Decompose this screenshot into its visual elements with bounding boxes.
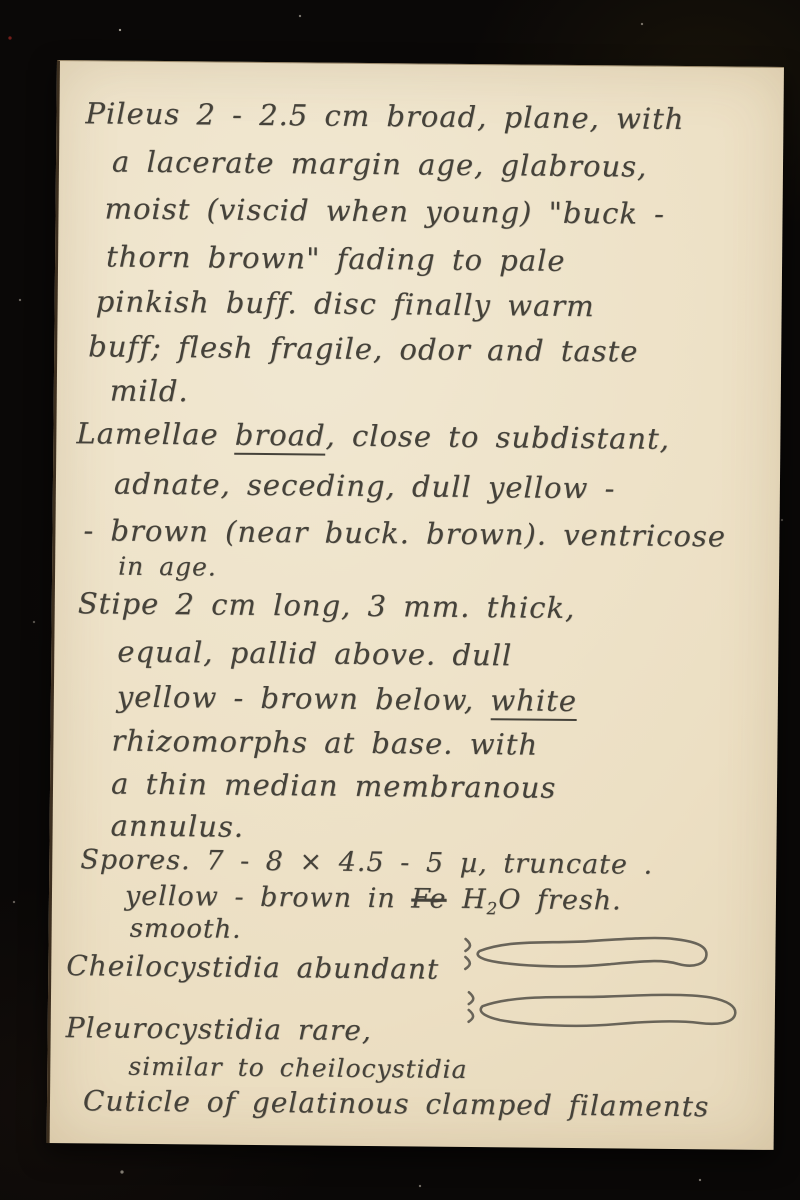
note-text: , close to subdistant, — [325, 419, 670, 456]
note-line: pinkish buff. disc finally warm — [96, 284, 595, 323]
pleurocystidium-sketch-icon — [459, 984, 744, 1035]
note-line-cuticle: Cuticle of gelatinous clamped filaments — [83, 1084, 710, 1123]
note-text: Lamellae — [76, 416, 235, 452]
note-text: yellow - brown below, — [117, 680, 491, 718]
subscript: 2 — [486, 898, 498, 918]
underlined-word: white — [490, 683, 577, 721]
note-line: a thin median membranous — [111, 767, 557, 805]
felt-background: Pileus 2 - 2.5 cm broad, plane, with a l… — [0, 0, 800, 1200]
note-line: annulus. — [110, 809, 244, 844]
note-line: - brown (near buck. brown). ventricose — [83, 513, 726, 553]
note-line: similar to cheilocystidia — [128, 1052, 467, 1084]
note-line: moist (viscid when young) "buck - — [104, 191, 665, 230]
struck-word: Fe — [411, 883, 447, 914]
note-line: in age. — [118, 552, 217, 582]
note-line-spores: Spores. 7 - 8 × 4.5 - 5 µ, truncate . — [80, 844, 653, 880]
note-line: buff; flesh fragile, odor and taste — [88, 329, 639, 368]
underlined-word: broad — [235, 418, 326, 456]
note-line: mild. — [110, 374, 189, 409]
note-text: H — [446, 884, 486, 915]
note-line: yellow - brown below, white — [117, 680, 577, 718]
note-line-lamellae: Lamellae broad, close to subdistant, — [76, 416, 670, 456]
note-line: rhizomorphs at base. with — [111, 724, 538, 762]
note-line: smooth. — [130, 914, 242, 945]
note-line: thorn brown" fading to pale — [106, 239, 566, 277]
note-line-pleurocystidia: Pleurocystidia rare, — [66, 1011, 372, 1047]
note-line-pileus: Pileus 2 - 2.5 cm broad, plane, with — [85, 96, 684, 136]
note-card: Pileus 2 - 2.5 cm broad, plane, with a l… — [47, 60, 784, 1150]
note-text: O fresh. — [498, 884, 622, 916]
note-line-cheilocystidia: Cheilocystidia abundant — [66, 949, 439, 986]
cheilocystidium-sketch-icon — [453, 925, 719, 986]
note-line: equal, pallid above. dull — [117, 635, 512, 673]
note-line: adnate, seceding, dull yellow - — [114, 467, 616, 506]
note-line-stipe: Stipe 2 cm long, 3 mm. thick, — [78, 586, 576, 625]
note-text: yellow - brown in — [125, 881, 412, 915]
note-line: a lacerate margin age, glabrous, — [112, 145, 648, 184]
